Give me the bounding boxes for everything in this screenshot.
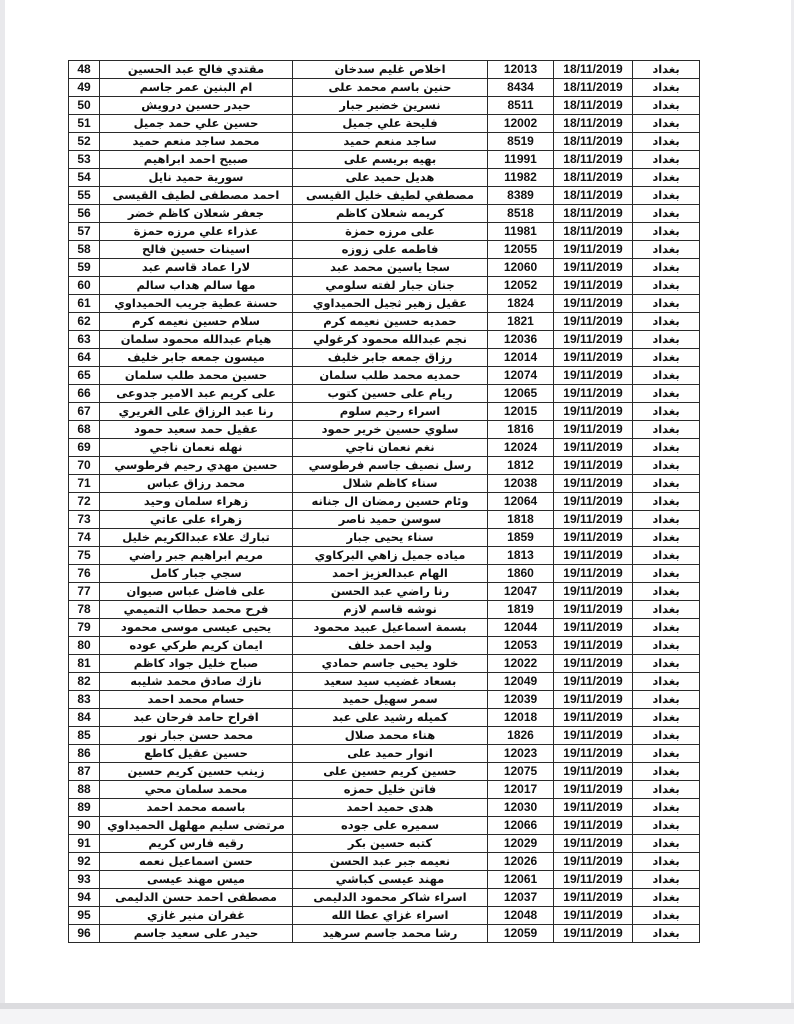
table-row: 49ام البنين عمر جاسمحنين باسم محمد على84…: [69, 79, 700, 97]
row-number-cell: 67: [69, 403, 100, 421]
date-cell: 19/11/2019: [554, 529, 633, 547]
id-number-cell: 12055: [488, 241, 554, 259]
table-row: 85محمد حسن جبار نورهناء محمد صلال182619/…: [69, 727, 700, 745]
related-name-cell: الهام عبدالعزيز احمد: [293, 565, 488, 583]
date-cell: 19/11/2019: [554, 439, 633, 457]
id-number-cell: 12026: [488, 853, 554, 871]
table-row: 65حسين محمد طلب سلمانحمديه محمد طلب سلما…: [69, 367, 700, 385]
row-number-cell: 71: [69, 475, 100, 493]
city-cell: بغداد: [633, 583, 700, 601]
related-name-cell: مياده جميل زاهي البركاوي: [293, 547, 488, 565]
row-number-cell: 68: [69, 421, 100, 439]
related-name-cell: سناء يحيى جبار: [293, 529, 488, 547]
city-cell: بغداد: [633, 187, 700, 205]
full-name-cell: ام البنين عمر جاسم: [100, 79, 293, 97]
full-name-cell: زهراء سلمان وحيد: [100, 493, 293, 511]
row-number-cell: 49: [69, 79, 100, 97]
id-number-cell: 8519: [488, 133, 554, 151]
id-number-cell: 12013: [488, 61, 554, 79]
full-name-cell: ايمان كريم طركي عوده: [100, 637, 293, 655]
date-cell: 19/11/2019: [554, 691, 633, 709]
related-name-cell: ريام على حسين كتوب: [293, 385, 488, 403]
city-cell: بغداد: [633, 79, 700, 97]
table-row: 69نهله نعمان ناجينغم نعمان ناجي1202419/1…: [69, 439, 700, 457]
date-cell: 18/11/2019: [554, 79, 633, 97]
table-row: 94مصطفى احمد حسن الدليمىاسراء شاكر محمود…: [69, 889, 700, 907]
table-row: 75مريم ابراهيم جبر راضيمياده جميل زاهي ا…: [69, 547, 700, 565]
id-number-cell: 12029: [488, 835, 554, 853]
table-row: 78فرح محمد حطاب التميمينوشه قاسم لازم181…: [69, 601, 700, 619]
table-row: 67رنا عبد الرزاق على الغريرياسراء رحيم س…: [69, 403, 700, 421]
related-name-cell: فاتن خليل حمزه: [293, 781, 488, 799]
date-cell: 19/11/2019: [554, 367, 633, 385]
table-row: 64ميسون جمعه جابر خليفرزاق جمعه جابر خلي…: [69, 349, 700, 367]
row-number-cell: 65: [69, 367, 100, 385]
row-number-cell: 75: [69, 547, 100, 565]
table-row: 68عقيل حمد سعيد حمودسلوي حسين خرير حمود1…: [69, 421, 700, 439]
full-name-cell: حسين مهدي رحيم فرطوسي: [100, 457, 293, 475]
id-number-cell: 12065: [488, 385, 554, 403]
id-number-cell: 12075: [488, 763, 554, 781]
table-row: 81صباح خليل جواد كاظمخلود يحيى جاسم حماد…: [69, 655, 700, 673]
date-cell: 19/11/2019: [554, 637, 633, 655]
date-cell: 19/11/2019: [554, 511, 633, 529]
full-name-cell: محمد سلمان محي: [100, 781, 293, 799]
date-cell: 19/11/2019: [554, 655, 633, 673]
row-number-cell: 73: [69, 511, 100, 529]
table-row: 88محمد سلمان محيفاتن خليل حمزه1201719/11…: [69, 781, 700, 799]
row-number-cell: 59: [69, 259, 100, 277]
full-name-cell: اسينات حسين فالح: [100, 241, 293, 259]
city-cell: بغداد: [633, 475, 700, 493]
related-name-cell: هديل حميد على: [293, 169, 488, 187]
id-number-cell: 12048: [488, 907, 554, 925]
id-number-cell: 1812: [488, 457, 554, 475]
city-cell: بغداد: [633, 511, 700, 529]
related-name-cell: اسراء رحيم سلوم: [293, 403, 488, 421]
table-row: 61حسنة عطية جريب الحميداويعقيل زهير ثجيل…: [69, 295, 700, 313]
date-cell: 19/11/2019: [554, 385, 633, 403]
id-number-cell: 12014: [488, 349, 554, 367]
full-name-cell: حسن اسماعيل نعمه: [100, 853, 293, 871]
city-cell: بغداد: [633, 223, 700, 241]
table-row: 91رقيه فارس كريمكتبه حسين بكر1202919/11/…: [69, 835, 700, 853]
date-cell: 18/11/2019: [554, 97, 633, 115]
related-name-cell: رزاق جمعه جابر خليف: [293, 349, 488, 367]
full-name-cell: فرح محمد حطاب التميمي: [100, 601, 293, 619]
city-cell: بغداد: [633, 691, 700, 709]
full-name-cell: هيام عبدالله محمود سلمان: [100, 331, 293, 349]
row-number-cell: 56: [69, 205, 100, 223]
date-cell: 19/11/2019: [554, 259, 633, 277]
row-number-cell: 84: [69, 709, 100, 727]
id-number-cell: 12044: [488, 619, 554, 637]
related-name-cell: نغم نعمان ناجي: [293, 439, 488, 457]
row-number-cell: 79: [69, 619, 100, 637]
row-number-cell: 64: [69, 349, 100, 367]
date-cell: 19/11/2019: [554, 565, 633, 583]
table-row: 53صبيح احمد ابراهيمبهيه بريسم على1199118…: [69, 151, 700, 169]
full-name-cell: جعفر شعلان كاظم خضر: [100, 205, 293, 223]
city-cell: بغداد: [633, 349, 700, 367]
full-name-cell: ميس مهند عيسى: [100, 871, 293, 889]
related-name-cell: نعيمه جبر عبد الحسن: [293, 853, 488, 871]
row-number-cell: 83: [69, 691, 100, 709]
id-number-cell: 8511: [488, 97, 554, 115]
related-name-cell: هدى حميد احمد: [293, 799, 488, 817]
city-cell: بغداد: [633, 457, 700, 475]
full-name-cell: زهراء على عاتي: [100, 511, 293, 529]
full-name-cell: نازك صادق محمد شليبه: [100, 673, 293, 691]
related-name-cell: اسراء غزاي عطا الله: [293, 907, 488, 925]
id-number-cell: 12052: [488, 277, 554, 295]
date-cell: 19/11/2019: [554, 349, 633, 367]
id-number-cell: 12036: [488, 331, 554, 349]
row-number-cell: 58: [69, 241, 100, 259]
date-cell: 18/11/2019: [554, 205, 633, 223]
related-name-cell: فاطمه على زوزه: [293, 241, 488, 259]
table-row: 82نازك صادق محمد شليبهبسعاد غضيب سيد سعي…: [69, 673, 700, 691]
related-name-cell: حسين كريم حسين على: [293, 763, 488, 781]
id-number-cell: 1859: [488, 529, 554, 547]
id-number-cell: 12022: [488, 655, 554, 673]
table-row: 58اسينات حسين فالحفاطمه على زوزه1205519/…: [69, 241, 700, 259]
city-cell: بغداد: [633, 871, 700, 889]
related-name-cell: اخلاص غليم سدخان: [293, 61, 488, 79]
full-name-cell: لارا عماد قاسم عبد: [100, 259, 293, 277]
table-row: 48مقتدي فالح عبد الحسيناخلاص غليم سدخان1…: [69, 61, 700, 79]
row-number-cell: 74: [69, 529, 100, 547]
table-row: 73زهراء على عاتيسوسن حميد ناصر181819/11/…: [69, 511, 700, 529]
table-row: 72زهراء سلمان وحيدوئام حسين رمضان ال جنا…: [69, 493, 700, 511]
id-number-cell: 8389: [488, 187, 554, 205]
date-cell: 19/11/2019: [554, 421, 633, 439]
table-row: 55احمد مصطفى لطيف القيسىمصطفي لطيف خليل …: [69, 187, 700, 205]
id-number-cell: 11982: [488, 169, 554, 187]
full-name-cell: حسين علي حمد جميل: [100, 115, 293, 133]
full-name-cell: حيدر على سعيد جاسم: [100, 925, 293, 943]
row-number-cell: 94: [69, 889, 100, 907]
row-number-cell: 89: [69, 799, 100, 817]
related-name-cell: حمديه حسين نعيمه كرم: [293, 313, 488, 331]
table-row: 60مها سالم هداب سالمجنان جبار لفته سلومي…: [69, 277, 700, 295]
full-name-cell: محمد رزاق عباس: [100, 475, 293, 493]
full-name-cell: على فاضل عباس صيوان: [100, 583, 293, 601]
id-number-cell: 8434: [488, 79, 554, 97]
full-name-cell: صبيح احمد ابراهيم: [100, 151, 293, 169]
row-number-cell: 87: [69, 763, 100, 781]
full-name-cell: يحيى عيسى موسى محمود: [100, 619, 293, 637]
date-cell: 19/11/2019: [554, 277, 633, 295]
city-cell: بغداد: [633, 421, 700, 439]
city-cell: بغداد: [633, 295, 700, 313]
table-row: 66على كريم عبد الامير جدوعىريام على حسين…: [69, 385, 700, 403]
city-cell: بغداد: [633, 601, 700, 619]
table-row: 87زينب حسين كريم حسينحسين كريم حسين على1…: [69, 763, 700, 781]
city-cell: بغداد: [633, 403, 700, 421]
date-cell: 18/11/2019: [554, 187, 633, 205]
date-cell: 19/11/2019: [554, 907, 633, 925]
id-number-cell: 11991: [488, 151, 554, 169]
table-row: 89باسمه محمد احمدهدى حميد احمد1203019/11…: [69, 799, 700, 817]
row-number-cell: 96: [69, 925, 100, 943]
table-row: 50حيدر حسين درويشنسرين خضير جبار851118/1…: [69, 97, 700, 115]
date-cell: 19/11/2019: [554, 673, 633, 691]
related-name-cell: رنا راضي عبد الحسن: [293, 583, 488, 601]
related-name-cell: سجا ياسين محمد عبد: [293, 259, 488, 277]
row-number-cell: 93: [69, 871, 100, 889]
row-number-cell: 91: [69, 835, 100, 853]
full-name-cell: احمد مصطفى لطيف القيسى: [100, 187, 293, 205]
id-number-cell: 1816: [488, 421, 554, 439]
city-cell: بغداد: [633, 817, 700, 835]
id-number-cell: 1813: [488, 547, 554, 565]
city-cell: بغداد: [633, 529, 700, 547]
date-cell: 19/11/2019: [554, 727, 633, 745]
city-cell: بغداد: [633, 241, 700, 259]
full-name-cell: حيدر حسين درويش: [100, 97, 293, 115]
related-name-cell: نسرين خضير جبار: [293, 97, 488, 115]
table-row: 84افراح حامد فرحان عبدكميله رشيد على عبد…: [69, 709, 700, 727]
full-name-cell: صباح خليل جواد كاظم: [100, 655, 293, 673]
date-cell: 18/11/2019: [554, 169, 633, 187]
table-row: 79يحيى عيسى موسى محمودبسمة اسماعيل عبيد …: [69, 619, 700, 637]
id-number-cell: 12015: [488, 403, 554, 421]
id-number-cell: 1821: [488, 313, 554, 331]
date-cell: 19/11/2019: [554, 601, 633, 619]
related-name-cell: عقيل زهير ثجيل الحميداوي: [293, 295, 488, 313]
date-cell: 19/11/2019: [554, 871, 633, 889]
full-name-cell: تبارك علاء عبدالكريم خليل: [100, 529, 293, 547]
table-row: 80ايمان كريم طركي عودهوليد احمد خلف12053…: [69, 637, 700, 655]
full-name-cell: ميسون جمعه جابر خليف: [100, 349, 293, 367]
table-row: 70حسين مهدي رحيم فرطوسيرسل نصيف جاسم فرط…: [69, 457, 700, 475]
city-cell: بغداد: [633, 673, 700, 691]
full-name-cell: سجي جبار كامل: [100, 565, 293, 583]
row-number-cell: 77: [69, 583, 100, 601]
row-number-cell: 72: [69, 493, 100, 511]
row-number-cell: 54: [69, 169, 100, 187]
related-name-cell: كتبه حسين بكر: [293, 835, 488, 853]
next-page-strip: [0, 1009, 794, 1024]
city-cell: بغداد: [633, 745, 700, 763]
date-cell: 19/11/2019: [554, 619, 633, 637]
full-name-cell: محمد حسن جبار نور: [100, 727, 293, 745]
id-number-cell: 1824: [488, 295, 554, 313]
related-name-cell: على مرزه حمزة: [293, 223, 488, 241]
date-cell: 19/11/2019: [554, 295, 633, 313]
date-cell: 18/11/2019: [554, 133, 633, 151]
table-row: 71محمد رزاق عباسسناء كاظم شلال1203819/11…: [69, 475, 700, 493]
related-name-cell: اسراء شاكر محمود الدليمى: [293, 889, 488, 907]
id-number-cell: 12047: [488, 583, 554, 601]
full-name-cell: حسين محمد طلب سلمان: [100, 367, 293, 385]
related-name-cell: حنين باسم محمد على: [293, 79, 488, 97]
table-row: 56جعفر شعلان كاظم خضركريمه شعلان كاظم851…: [69, 205, 700, 223]
full-name-cell: نهله نعمان ناجي: [100, 439, 293, 457]
related-name-cell: وئام حسين رمضان ال جنانه: [293, 493, 488, 511]
related-name-cell: مصطفي لطيف خليل القيسى: [293, 187, 488, 205]
date-cell: 19/11/2019: [554, 889, 633, 907]
date-cell: 19/11/2019: [554, 547, 633, 565]
table-row: 77على فاضل عباس صيوانرنا راضي عبد الحسن1…: [69, 583, 700, 601]
city-cell: بغداد: [633, 781, 700, 799]
city-cell: بغداد: [633, 547, 700, 565]
date-cell: 19/11/2019: [554, 403, 633, 421]
city-cell: بغداد: [633, 619, 700, 637]
date-cell: 19/11/2019: [554, 925, 633, 943]
date-cell: 18/11/2019: [554, 223, 633, 241]
full-name-cell: افراح حامد فرحان عبد: [100, 709, 293, 727]
id-number-cell: 12017: [488, 781, 554, 799]
table-row: 96حيدر على سعيد جاسمرشا محمد جاسم سرهيد1…: [69, 925, 700, 943]
row-number-cell: 62: [69, 313, 100, 331]
roster-table-body: 48مقتدي فالح عبد الحسيناخلاص غليم سدخان1…: [69, 61, 700, 943]
row-number-cell: 85: [69, 727, 100, 745]
row-number-cell: 53: [69, 151, 100, 169]
id-number-cell: 12018: [488, 709, 554, 727]
full-name-cell: حسنة عطية جريب الحميداوي: [100, 295, 293, 313]
date-cell: 19/11/2019: [554, 835, 633, 853]
table-row: 57عذراء علي مرزه حمزةعلى مرزه حمزة119811…: [69, 223, 700, 241]
id-number-cell: 12039: [488, 691, 554, 709]
date-cell: 19/11/2019: [554, 331, 633, 349]
city-cell: بغداد: [633, 493, 700, 511]
table-row: 74تبارك علاء عبدالكريم خليلسناء يحيى جبا…: [69, 529, 700, 547]
related-name-cell: خلود يحيى جاسم حمادي: [293, 655, 488, 673]
related-name-cell: رشا محمد جاسم سرهيد: [293, 925, 488, 943]
id-number-cell: 1819: [488, 601, 554, 619]
row-number-cell: 55: [69, 187, 100, 205]
date-cell: 19/11/2019: [554, 313, 633, 331]
id-number-cell: 12030: [488, 799, 554, 817]
city-cell: بغداد: [633, 763, 700, 781]
row-number-cell: 57: [69, 223, 100, 241]
id-number-cell: 12037: [488, 889, 554, 907]
id-number-cell: 12066: [488, 817, 554, 835]
city-cell: بغداد: [633, 727, 700, 745]
related-name-cell: سلوي حسين خرير حمود: [293, 421, 488, 439]
related-name-cell: ساجد منعم حميد: [293, 133, 488, 151]
row-number-cell: 66: [69, 385, 100, 403]
city-cell: بغداد: [633, 169, 700, 187]
row-number-cell: 69: [69, 439, 100, 457]
id-number-cell: 12074: [488, 367, 554, 385]
full-name-cell: رقيه فارس كريم: [100, 835, 293, 853]
city-cell: بغداد: [633, 925, 700, 943]
id-number-cell: 12061: [488, 871, 554, 889]
city-cell: بغداد: [633, 637, 700, 655]
city-cell: بغداد: [633, 853, 700, 871]
related-name-cell: فليحة علي جميل: [293, 115, 488, 133]
table-row: 95غفران منير غازياسراء غزاي عطا الله1204…: [69, 907, 700, 925]
table-row: 90مرتضى سليم مهلهل الحميداويسميره على جو…: [69, 817, 700, 835]
table-row: 93ميس مهند عيسىمهند عيسى كباشي1206119/11…: [69, 871, 700, 889]
full-name-cell: باسمه محمد احمد: [100, 799, 293, 817]
related-name-cell: بسمة اسماعيل عبيد محمود: [293, 619, 488, 637]
full-name-cell: عذراء علي مرزه حمزة: [100, 223, 293, 241]
date-cell: 18/11/2019: [554, 61, 633, 79]
city-cell: بغداد: [633, 151, 700, 169]
row-number-cell: 60: [69, 277, 100, 295]
row-number-cell: 61: [69, 295, 100, 313]
city-cell: بغداد: [633, 133, 700, 151]
full-name-cell: مقتدي فالح عبد الحسين: [100, 61, 293, 79]
city-cell: بغداد: [633, 277, 700, 295]
table-row: 83حسام محمد احمدسمر سهيل حميد1203919/11/…: [69, 691, 700, 709]
id-number-cell: 12064: [488, 493, 554, 511]
city-cell: بغداد: [633, 61, 700, 79]
related-name-cell: جنان جبار لفته سلومي: [293, 277, 488, 295]
full-name-cell: غفران منير غازي: [100, 907, 293, 925]
related-name-cell: انوار حميد على: [293, 745, 488, 763]
id-number-cell: 8518: [488, 205, 554, 223]
full-name-cell: على كريم عبد الامير جدوعى: [100, 385, 293, 403]
row-number-cell: 90: [69, 817, 100, 835]
related-name-cell: وليد احمد خلف: [293, 637, 488, 655]
date-cell: 19/11/2019: [554, 745, 633, 763]
row-number-cell: 78: [69, 601, 100, 619]
roster-table: 48مقتدي فالح عبد الحسيناخلاص غليم سدخان1…: [68, 60, 700, 943]
date-cell: 18/11/2019: [554, 115, 633, 133]
date-cell: 19/11/2019: [554, 799, 633, 817]
city-cell: بغداد: [633, 367, 700, 385]
row-number-cell: 86: [69, 745, 100, 763]
related-name-cell: سمر سهيل حميد: [293, 691, 488, 709]
full-name-cell: سورية حميد نايل: [100, 169, 293, 187]
city-cell: بغداد: [633, 709, 700, 727]
table-row: 62سلام حسين نعيمه كرمحمديه حسين نعيمه كر…: [69, 313, 700, 331]
id-number-cell: 12049: [488, 673, 554, 691]
date-cell: 19/11/2019: [554, 493, 633, 511]
full-name-cell: مها سالم هداب سالم: [100, 277, 293, 295]
full-name-cell: حسام محمد احمد: [100, 691, 293, 709]
city-cell: بغداد: [633, 385, 700, 403]
row-number-cell: 82: [69, 673, 100, 691]
related-name-cell: كميله رشيد على عبد: [293, 709, 488, 727]
table-row: 92حسن اسماعيل نعمهنعيمه جبر عبد الحسن120…: [69, 853, 700, 871]
city-cell: بغداد: [633, 439, 700, 457]
date-cell: 19/11/2019: [554, 709, 633, 727]
date-cell: 18/11/2019: [554, 151, 633, 169]
date-cell: 19/11/2019: [554, 853, 633, 871]
table-row: 51حسين علي حمد جميلفليحة علي جميل1200218…: [69, 115, 700, 133]
related-name-cell: نوشه قاسم لازم: [293, 601, 488, 619]
date-cell: 19/11/2019: [554, 781, 633, 799]
city-cell: بغداد: [633, 205, 700, 223]
related-name-cell: سناء كاظم شلال: [293, 475, 488, 493]
table-row: 52محمد ساجد منعم حميدساجد منعم حميد85191…: [69, 133, 700, 151]
city-cell: بغداد: [633, 97, 700, 115]
date-cell: 19/11/2019: [554, 763, 633, 781]
full-name-cell: مريم ابراهيم جبر راضي: [100, 547, 293, 565]
id-number-cell: 12024: [488, 439, 554, 457]
row-number-cell: 92: [69, 853, 100, 871]
row-number-cell: 70: [69, 457, 100, 475]
city-cell: بغداد: [633, 655, 700, 673]
full-name-cell: عقيل حمد سعيد حمود: [100, 421, 293, 439]
related-name-cell: نجم عبدالله محمود كرغولي: [293, 331, 488, 349]
city-cell: بغداد: [633, 115, 700, 133]
related-name-cell: بسعاد غضيب سيد سعيد: [293, 673, 488, 691]
related-name-cell: مهند عيسى كباشي: [293, 871, 488, 889]
date-cell: 19/11/2019: [554, 583, 633, 601]
row-number-cell: 51: [69, 115, 100, 133]
full-name-cell: محمد ساجد منعم حميد: [100, 133, 293, 151]
id-number-cell: 12059: [488, 925, 554, 943]
full-name-cell: رنا عبد الرزاق على الغريري: [100, 403, 293, 421]
related-name-cell: هناء محمد صلال: [293, 727, 488, 745]
